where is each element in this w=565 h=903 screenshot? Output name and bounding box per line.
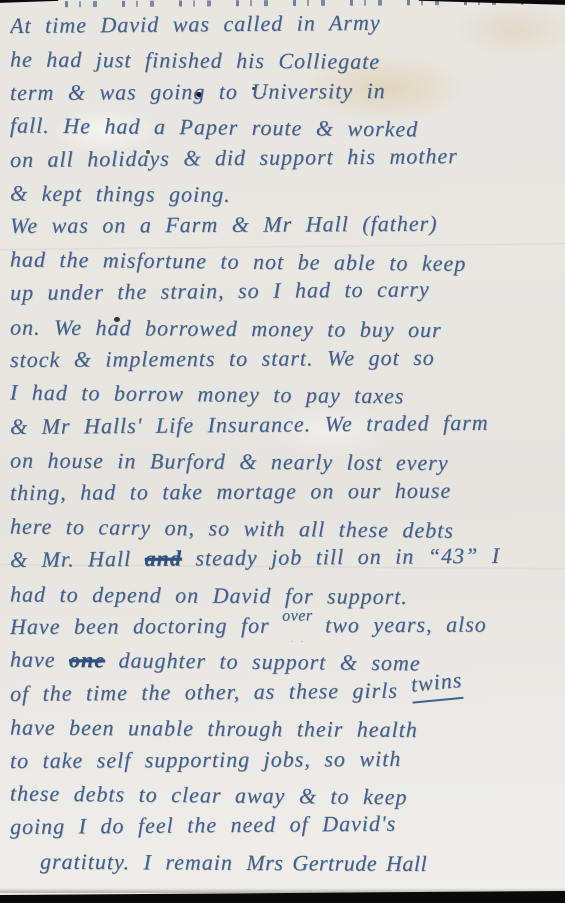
line-segment: going I do feel the need of David's <box>10 811 396 839</box>
handwritten-line: We was on a Farm & Mr Hall (father) <box>10 206 565 242</box>
line-segment: of the time the other, as these girls <box>10 677 412 706</box>
handwritten-line: to take self supporting jobs, so with <box>10 741 565 777</box>
line-segment: have been unable through their health <box>10 715 418 742</box>
line-segment: and <box>145 546 182 571</box>
line-segment: & Mr Halls' Life Insurance. We traded fa… <box>10 410 489 439</box>
line-segment: term & was going to University in <box>10 78 386 105</box>
line-segment: on all holidays & did support his mother <box>10 143 458 172</box>
handwritten-line: up under the strain, so I had to carry <box>10 271 565 309</box>
line-segment: gratituty. I remain <box>40 848 247 874</box>
signature-text: Mrs Gertrude Hall <box>246 850 427 876</box>
handwritten-line: stock & implements to start. We got so <box>10 340 565 376</box>
line-segment: stock & implements to start. We got so <box>10 345 435 372</box>
line-segment: fall. He had a Paper route & worked <box>10 113 418 142</box>
line-segment: twins <box>410 672 465 704</box>
line-segment: have <box>10 647 69 673</box>
line-segment: We was on a Farm & Mr Hall (father) <box>10 211 438 238</box>
line-segment: daughter to support & some <box>105 648 421 676</box>
line-segment: thing, had to take mortage on our house <box>10 478 451 505</box>
line-segment: these debts to clear away & to keep <box>10 780 408 809</box>
line-segment: one <box>69 647 105 672</box>
handwritten-line: At time David was called in Army <box>10 4 565 42</box>
line-segment: I had to borrow money to pay taxes <box>10 380 405 409</box>
handwritten-line: going I do feel the need of David's <box>10 806 565 844</box>
line-segment: & Mr. Hall <box>10 546 145 572</box>
line-segment: to take self supporting jobs, so with <box>10 746 401 773</box>
line-segment: two years, also <box>312 612 487 638</box>
line-segment: Have been doctoring for <box>10 613 283 639</box>
letter-lines: At time David was called in Armyhe had j… <box>10 9 565 877</box>
line-segment: he had just finished his Colliegate <box>10 47 380 74</box>
handwritten-line: thing, had to take mortage on our house <box>10 474 565 510</box>
line-segment: on house in Burford & nearly lost every <box>10 448 449 476</box>
handwritten-line: term & was going to University in <box>10 73 565 109</box>
scanned-letter-page: At time David was called in Armyhe had j… <box>0 0 565 903</box>
handwritten-line: Have been doctoring for over two years, … <box>10 607 565 643</box>
line-segment: here to carry on, so with all these debt… <box>10 513 454 542</box>
line-segment: over <box>282 607 313 633</box>
handwritten-line: gratituty. I remain Mrs Gertrude Hall <box>10 844 565 881</box>
handwritten-line: of the time the other, as these girls tw… <box>10 672 565 710</box>
line-segment: At time David was called in Army <box>10 10 381 38</box>
handwritten-line: on all holidays & did support his mother <box>10 138 565 176</box>
line-segment: steady job till on in “43” I <box>182 543 500 571</box>
handwritten-line: & Mr Halls' Life Insurance. We traded fa… <box>10 405 565 443</box>
letter-paper: At time David was called in Armyhe had j… <box>0 0 565 903</box>
line-segment: had to depend on David for support. <box>10 581 408 608</box>
handwritten-line: & Mr. Hall and steady job till on in “43… <box>10 538 565 576</box>
line-segment: & kept things going. <box>10 180 231 206</box>
line-segment: on. We had borrowed money to buy our <box>10 314 442 342</box>
line-segment: up under the strain, so I had to carry <box>10 276 430 305</box>
line-segment: had the misfortune to not be able to kee… <box>10 246 466 275</box>
